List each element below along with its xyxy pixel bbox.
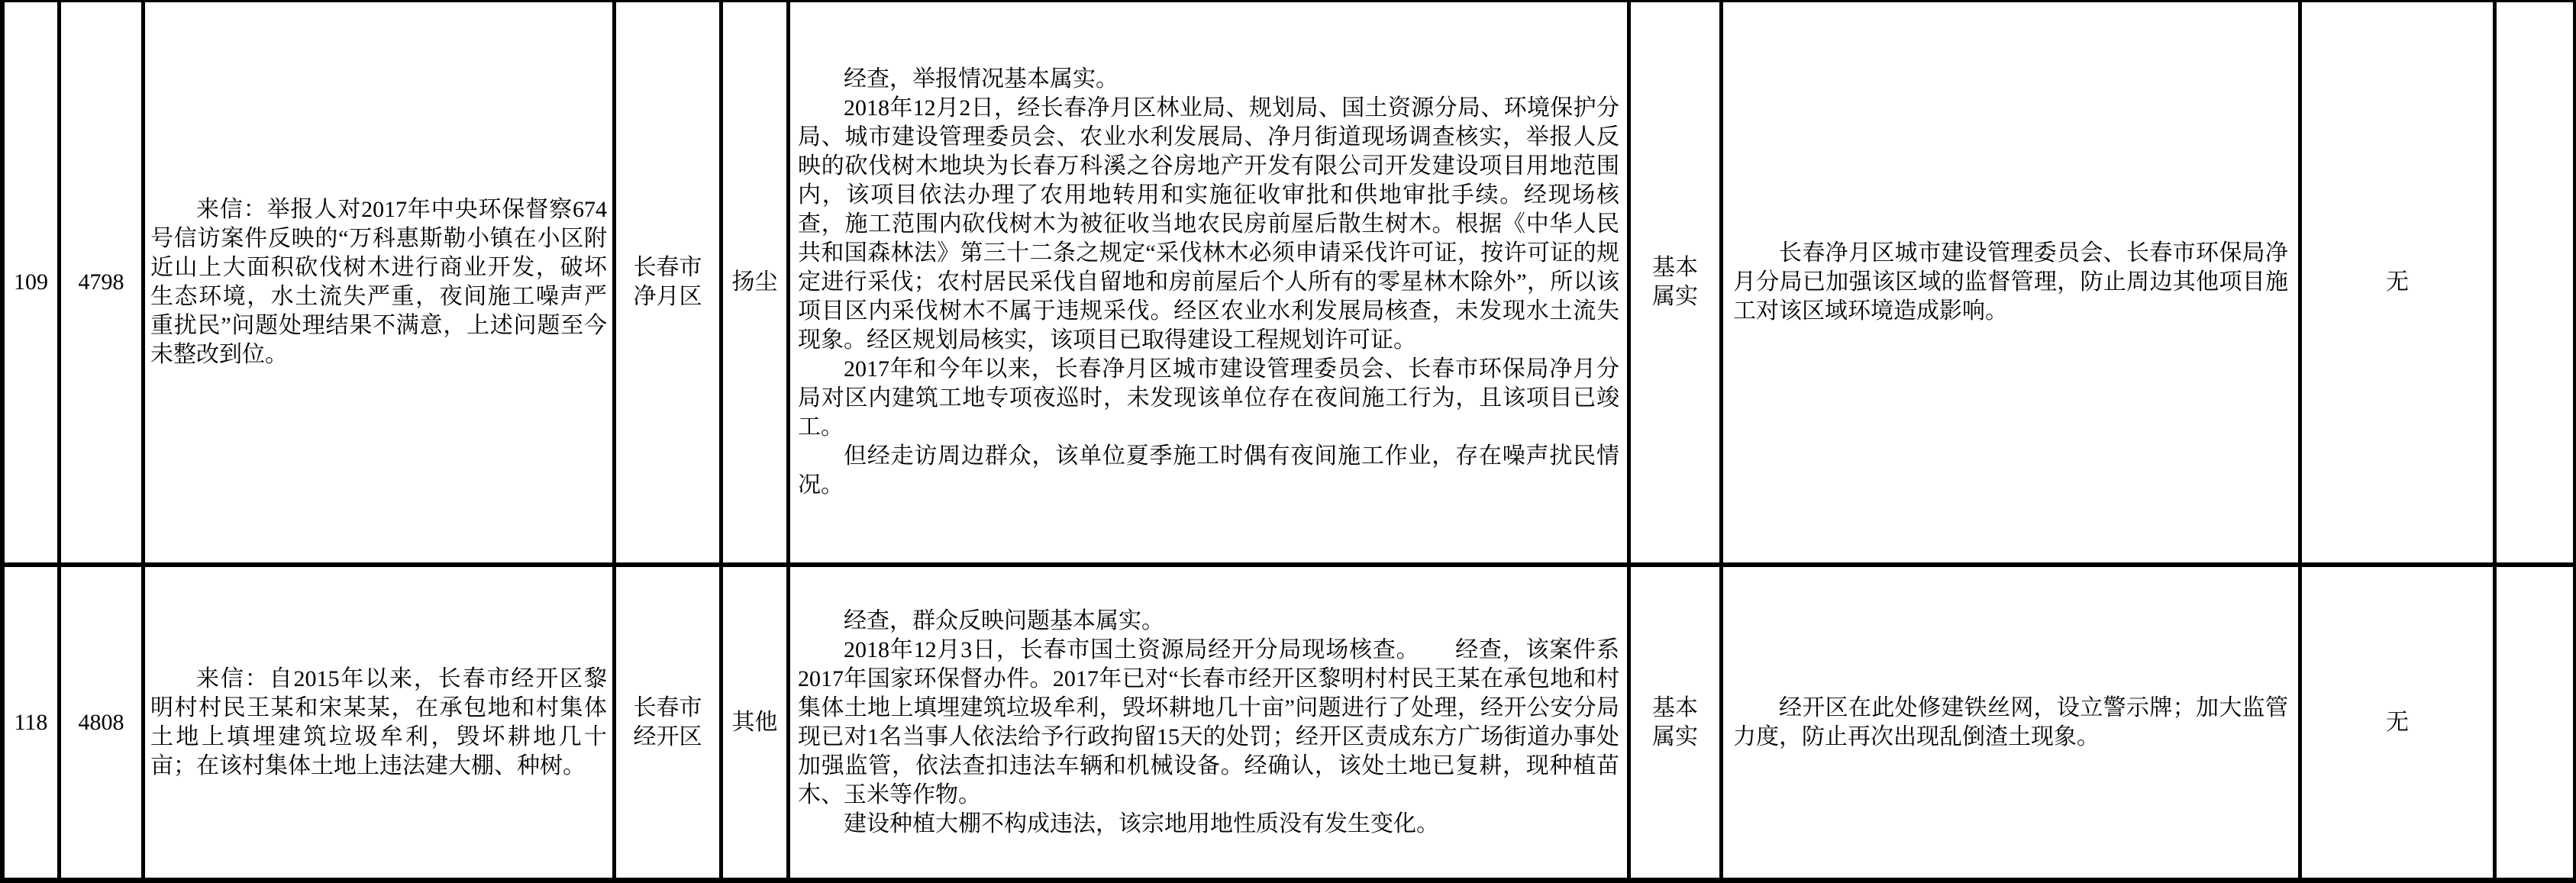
category-cell: 扬尘 xyxy=(723,2,790,562)
seq-number: 109 xyxy=(14,268,48,297)
seq-number: 118 xyxy=(15,708,48,737)
case-no-cell: 4808 xyxy=(61,562,145,878)
measures-cell: 经开区在此处修建铁丝网，设立警示牌；加大监管力度，防止再次出现乱倒渣土现象。 xyxy=(1723,562,2302,878)
case-number: 4808 xyxy=(79,708,124,737)
paragraph: 经查，群众反映问题基本属实。 xyxy=(798,607,1619,636)
paragraph: 2018年12月3日，长春市国土资源局经开分局现场核查。 经查，该案件系2017… xyxy=(798,636,1619,810)
accountability-cell: 无 xyxy=(2302,562,2497,878)
paragraph: 2018年12月2日，经长春净月区林业局、规划局、国土资源分局、环境保护分局、城… xyxy=(798,94,1619,355)
investigation-cell: 经查，举报情况基本属实。2018年12月2日，经长春净月区林业局、规划局、国土资… xyxy=(790,2,1631,562)
investigation-cell: 经查，群众反映问题基本属实。2018年12月3日，长春市国土资源局经开分局现场核… xyxy=(790,562,1631,878)
region-text: 长春市 经开区 xyxy=(634,694,702,752)
verified-cell: 基本 属实 xyxy=(1631,2,1723,562)
paragraph: 2017年和今年以来，长春净月区城市建设管理委员会、长春市环保局净月分局对区内建… xyxy=(798,355,1619,442)
category-text: 扬尘 xyxy=(732,268,778,297)
case-number: 4798 xyxy=(79,268,124,297)
seq-cell: 118 xyxy=(5,562,61,878)
region-cell: 长春市 经开区 xyxy=(616,562,723,878)
complaint-handling-table: 109 4798 来信：举报人对2017年中央环保督察674号信访案件反映的“万… xyxy=(0,0,2576,883)
complaint-text: 来信：举报人对2017年中央环保督察674号信访案件反映的“万科惠斯勒小镇在小区… xyxy=(150,195,607,369)
verified-text: 基本 属实 xyxy=(1652,694,1698,752)
seq-cell: 109 xyxy=(5,2,61,562)
region-cell: 长春市 净月区 xyxy=(616,2,723,562)
paragraph: 长春净月区城市建设管理委员会、长春市环保局净月分局已加强该区域的监督管理，防止周… xyxy=(1733,239,2288,326)
remark-cell xyxy=(2497,562,2573,878)
complaint-text: 来信：自2015年以来，长春市经开区黎明村村民王某和宋某某，在承包地和村集体土地… xyxy=(150,665,607,781)
verified-text: 基本 属实 xyxy=(1652,253,1698,311)
verified-cell: 基本 属实 xyxy=(1631,562,1723,878)
measures-cell: 长春净月区城市建设管理委员会、长春市环保局净月分局已加强该区域的监督管理，防止周… xyxy=(1723,2,2302,562)
complaint-cell: 来信：自2015年以来，长春市经开区黎明村村民王某和宋某某，在承包地和村集体土地… xyxy=(145,562,616,878)
remark-cell xyxy=(2497,2,2573,562)
paragraph: 但经走访周边群众，该单位夏季施工时偶有夜间施工作业，存在噪声扰民情况。 xyxy=(798,442,1619,500)
accountability-text: 无 xyxy=(2386,708,2409,737)
case-no-cell: 4798 xyxy=(61,2,145,562)
scanned-document-page: 109 4798 来信：举报人对2017年中央环保督察674号信访案件反映的“万… xyxy=(0,0,2576,883)
complaint-cell: 来信：举报人对2017年中央环保督察674号信访案件反映的“万科惠斯勒小镇在小区… xyxy=(145,2,616,562)
paragraph: 经开区在此处修建铁丝网，设立警示牌；加大监管力度，防止再次出现乱倒渣土现象。 xyxy=(1733,694,2288,752)
paragraph: 建设种植大棚不构成违法，该宗地用地性质没有发生变化。 xyxy=(798,810,1619,839)
category-text: 其他 xyxy=(732,708,778,737)
accountability-cell: 无 xyxy=(2302,2,2497,562)
region-text: 长春市 净月区 xyxy=(634,253,702,311)
paragraph: 经查，举报情况基本属实。 xyxy=(798,65,1619,94)
category-cell: 其他 xyxy=(723,562,790,878)
accountability-text: 无 xyxy=(2386,268,2409,297)
